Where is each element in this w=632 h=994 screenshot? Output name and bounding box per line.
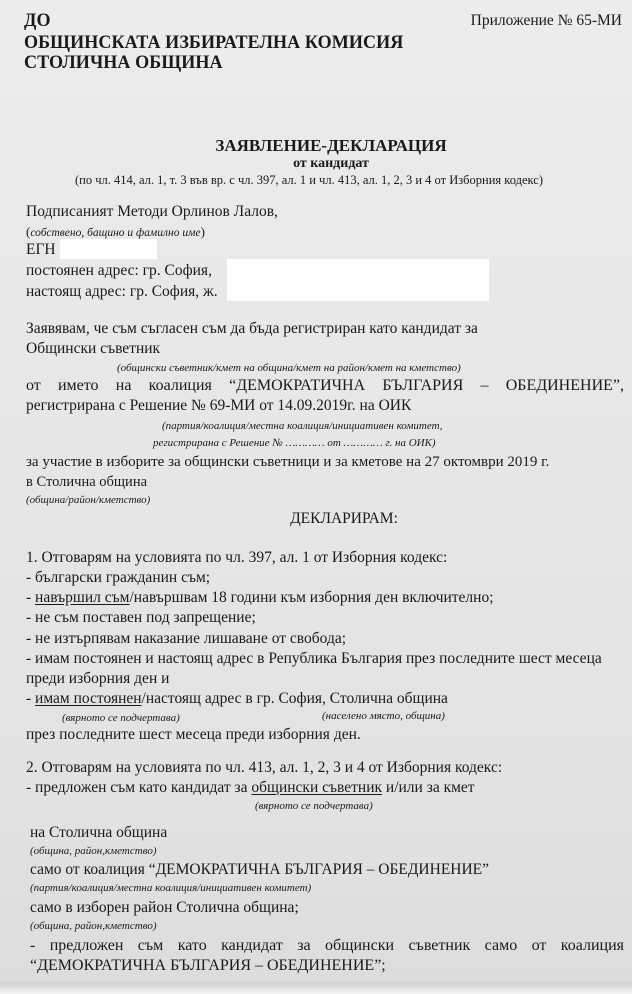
party-note-2: регистрирана с Решение № ………… от ………… г.… [153,437,436,449]
addressee-line-1: ДО [24,10,51,32]
section1-intro: 1. Отговарям на условията по чл. 397, ал… [26,549,447,567]
section1-closing: през последните шест месеца преди изборн… [26,726,361,744]
section2-municipality: на Столична община [30,824,167,842]
section2-district-note: (община, район,кметство) [30,920,156,932]
residence-note-right: (населено място, община) [322,710,445,722]
annex-number: Приложение № 65-МИ [471,12,622,30]
section2-district: само в изборен район Столична община; [30,899,299,917]
section2-municipality-note: (община, район,кметство) [30,845,156,857]
party-note-1: (партия/коалиция/местна коалиция/инициат… [162,420,443,432]
statement-line: Заявявам, че съм съгласен съм да бъда ре… [26,320,478,338]
municipality-line: в Столична община [26,474,147,491]
permanent-address: постоянен адрес: гр. София, [26,262,212,280]
name-note: (собствено, бащино и фамилно име) [26,224,205,240]
section2-intro: 2. Отговарям на условията по чл. 413, ал… [26,759,502,777]
page-bottom-edge [0,982,632,994]
underlined-choice: навършил съм [35,589,129,606]
nomination-note: (вярното се подчертава) [255,800,373,812]
addressee-line-2: ОБЩИНСКАТА ИЗБИРАТЕЛНА КОМИСИЯ [24,32,403,54]
address-redaction [227,259,489,301]
position-note: (общински съветник/кмет на община/кмет н… [117,362,461,374]
section1-item-address-2: преди изборния ден и [26,670,169,688]
section2-item-council-2: “ДЕМОКРАТИЧНА БЪЛГАРИЯ – ОБЕДИНЕНИЕ”; [30,957,386,975]
section2-coalition-note: (партия/коалиция/местна коалиция/инициат… [30,882,311,894]
document-subtitle: от кандидат [0,156,632,172]
election-line: за участие в изборите за общински съветн… [26,454,549,471]
underlined-choice: общински съветник [251,779,382,796]
current-address: настоящ адрес: гр. София, ж. [26,283,218,301]
registration-line: регистрирана с Решение № 69-МИ от 14.09.… [26,397,411,415]
document-title: ЗАЯВЛЕНИЕ-ДЕКЛАРАЦИЯ [0,136,632,156]
coalition-line: от името на коалиция “ДЕМОКРАТИЧНА БЪЛГА… [26,377,624,395]
section2-item-nomination: - предложен съм като кандидат за общинск… [26,779,475,797]
section1-item-address-1: - имам постоянен и настоящ адрес в Репуб… [26,650,602,668]
declaration-heading: ДЕКЛАРИРАМ: [0,510,632,528]
section2-coalition: само от коалиция “ДЕМОКРАТИЧНА БЪЛГАРИЯ … [30,861,489,879]
candidate-position: Общински съветник [26,340,160,358]
section2-item-council-1: - предложен съм като кандидат за общинск… [30,937,624,955]
section1-item-sentence: - не изтърпявам наказание лишаване от св… [26,630,346,648]
section1-item-citizen: - български гражданин съм; [26,569,210,587]
signed-line: Подписаният Методи Орлинов Лалов, [26,203,278,221]
egn-label: ЕГН [26,241,56,259]
underlined-choice: имам постоянен [35,690,142,707]
residence-note-left: (вярното се подчертава) [62,712,180,724]
document-page: ДО ОБЩИНСКАТА ИЗБИРАТЕЛНА КОМИСИЯ СТОЛИЧ… [0,0,632,994]
section1-item-residence: - имам постоянен/настоящ адрес в гр. Соф… [26,690,448,708]
legal-basis: (по чл. 414, ал. 1, т. 3 във вр. с чл. 3… [75,173,543,188]
section1-item-age: - навършил съм/навършвам 18 години към и… [26,589,494,607]
municipality-note: (община/район/кметство) [26,494,150,506]
addressee-line-3: СТОЛИЧНА ОБЩИНА [24,52,223,74]
section1-item-interdiction: - не съм поставен под запрещение; [26,609,256,627]
egn-redaction [60,239,157,259]
